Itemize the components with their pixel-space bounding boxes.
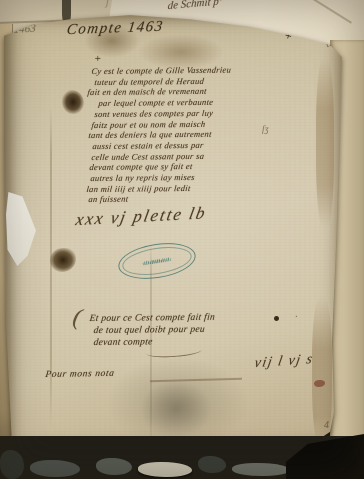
bottom-scrap [0, 450, 24, 479]
main-manuscript-page: 1463 Compte 1463 + t th + Cy est le comp… [4, 12, 346, 462]
body-line: fait en den maisch de vremenant [87, 86, 207, 97]
body-line: autres la ny repris iay mises [90, 172, 195, 183]
bottom-scrap [96, 458, 132, 475]
main-paragraph: Cy est le compte de Gille Vassendrieu tu… [4, 12, 346, 462]
main-page-wrapper: 1463 Compte 1463 + t th + Cy est le comp… [0, 0, 364, 479]
manuscript-photo: ʃ de Schmit pº 1463 Compte 1463 + t th +… [0, 0, 364, 479]
footer-left-note: Pour mons nota [45, 369, 115, 380]
body-line: sont venues des comptes par luy [94, 108, 214, 119]
body-line: an fuissent [88, 194, 129, 204]
lower-line: Et pour ce Cest compte fait fin [89, 313, 215, 324]
bottom-scrap [198, 456, 226, 473]
lower-line: de tout quel doibt pour peu [93, 325, 205, 336]
bottom-paper-piece [138, 462, 192, 477]
body-line: lan mil iiij et xiiij pour ledit [86, 183, 191, 194]
bottom-scrap [232, 463, 290, 476]
body-line: Cy est le compte de Gille Vassendrieu [91, 65, 232, 76]
header-tick-mark: t [316, 26, 319, 36]
bottom-scrap [30, 460, 80, 477]
body-line: tant des deniers la que autrement [88, 129, 212, 140]
body-line: par lequel compte et verbaunte [98, 97, 214, 108]
margin-mark: ſʒ [262, 124, 269, 134]
lower-line: devant compte [93, 337, 153, 348]
body-line: devant compte que sy fait et [89, 161, 193, 172]
body-line: aussi cest estain et dessus par [92, 140, 204, 151]
margin-number: 4 [324, 420, 329, 431]
stray-dot: · [295, 312, 298, 323]
